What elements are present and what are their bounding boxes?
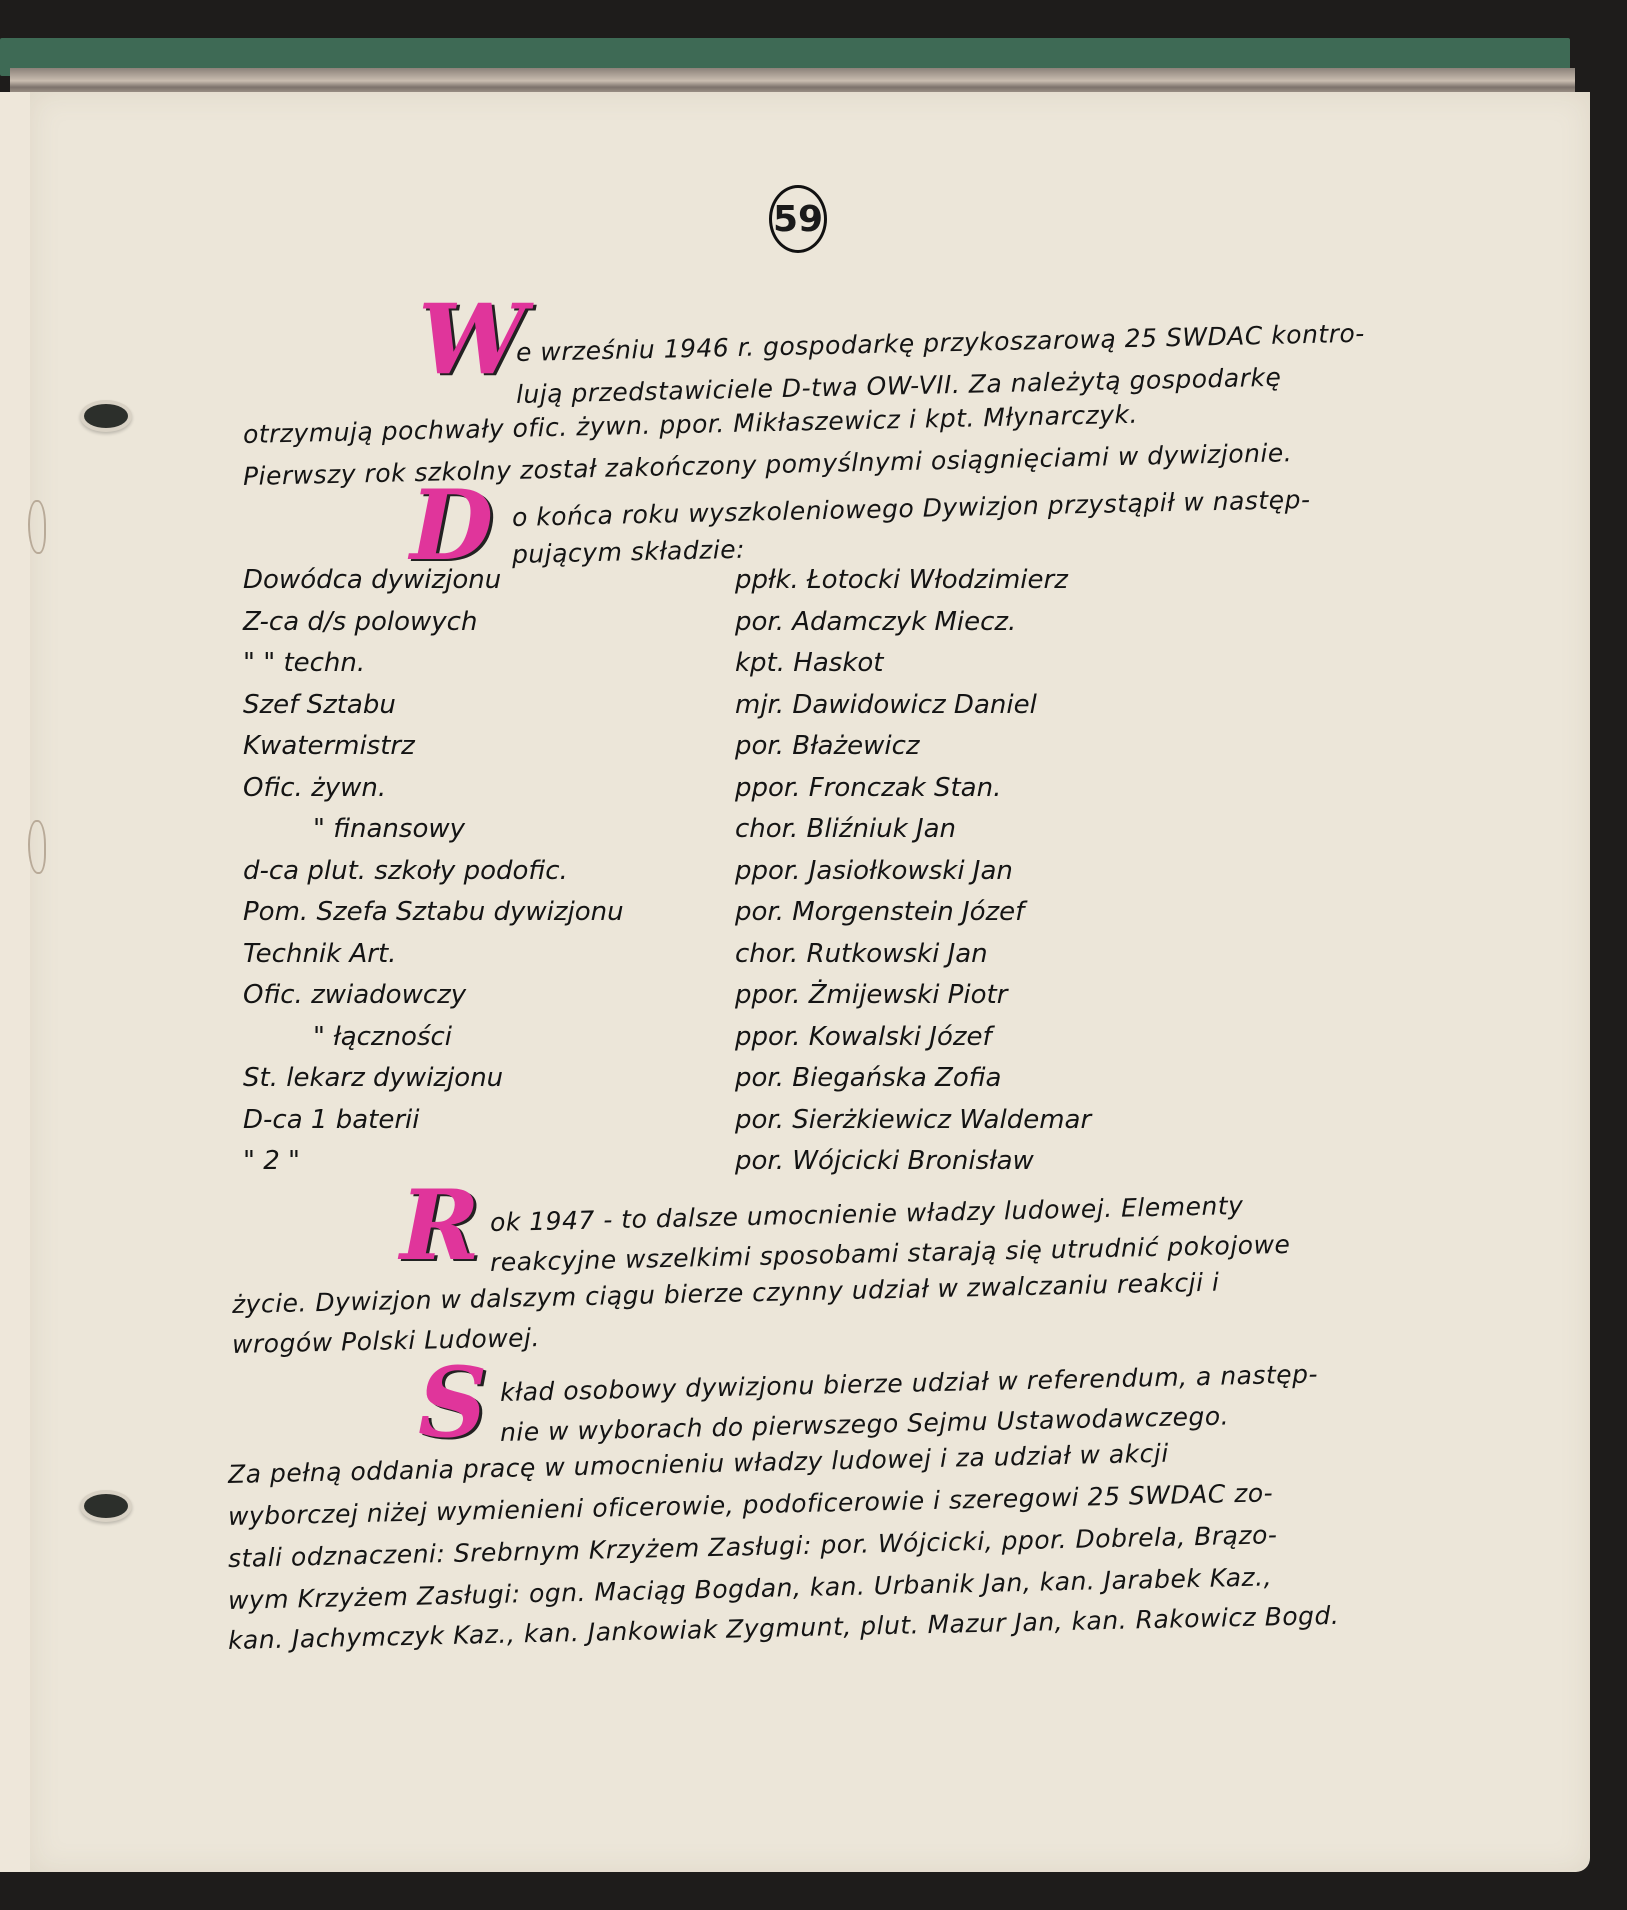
roster-person: por. Błażewicz xyxy=(735,731,1091,773)
punch-hole-bottom xyxy=(80,1490,132,1522)
decorated-initial-r: R xyxy=(400,1178,480,1274)
binding-thread xyxy=(28,820,46,874)
roster-person: mjr. Dawidowicz Daniel xyxy=(735,690,1091,732)
roster-role: Z-ca d/s polowych xyxy=(243,607,624,649)
roster-person: chor. Bliźniuk Jan xyxy=(735,814,1091,856)
roster-person: ppor. Fronczak Stan. xyxy=(735,773,1091,815)
roster-person: por. Adamczyk Miecz. xyxy=(735,607,1091,649)
roster-person: ppor. Jasiołkowski Jan xyxy=(735,856,1091,898)
roster-role: " finansowy xyxy=(243,814,624,856)
roster-role: St. lekarz dywizjonu xyxy=(243,1063,624,1105)
roster-role: D-ca 1 baterii xyxy=(243,1105,624,1147)
roster-role: " łączności xyxy=(243,1022,624,1064)
decorated-initial-d: D xyxy=(410,478,493,574)
roster-roles: Dowódca dywizjonu Z-ca d/s polowych " " … xyxy=(243,565,624,1188)
roster-persons: ppłk. Łotocki Włodzimierz por. Adamczyk … xyxy=(735,565,1091,1188)
page-number: 59 xyxy=(769,185,827,253)
decorated-initial-w: W xyxy=(418,292,526,388)
roster-person: ppor. Żmijewski Piotr xyxy=(735,980,1091,1022)
facing-page-edge xyxy=(0,92,32,1872)
decorated-initial-s: S xyxy=(418,1355,487,1451)
roster-person: por. Sierżkiewicz Waldemar xyxy=(735,1105,1091,1147)
binding-thread xyxy=(28,500,46,554)
roster-role: d-ca plut. szkoły podofic. xyxy=(243,856,624,898)
roster-person: por. Morgenstein Józef xyxy=(735,897,1091,939)
roster-role: Ofic. żywn. xyxy=(243,773,624,815)
punch-hole-top xyxy=(80,400,132,432)
roster-person: por. Wójcicki Bronisław xyxy=(735,1146,1091,1188)
roster-role: Ofic. zwiadowczy xyxy=(243,980,624,1022)
roster-person: chor. Rutkowski Jan xyxy=(735,939,1091,981)
roster-role: " " techn. xyxy=(243,648,624,690)
roster-person: ppłk. Łotocki Włodzimierz xyxy=(735,565,1091,607)
roster-person: ppor. Kowalski Józef xyxy=(735,1022,1091,1064)
roster-role: Szef Sztabu xyxy=(243,690,624,732)
text-line: pującym składzie: xyxy=(512,535,746,569)
roster-role: Pom. Szefa Sztabu dywizjonu xyxy=(243,897,624,939)
roster-role: Kwatermistrz xyxy=(243,731,624,773)
roster-role: Dowódca dywizjonu xyxy=(243,565,624,607)
roster-person: kpt. Haskot xyxy=(735,648,1091,690)
roster-person: por. Biegańska Zofia xyxy=(735,1063,1091,1105)
roster-role: Technik Art. xyxy=(243,939,624,981)
